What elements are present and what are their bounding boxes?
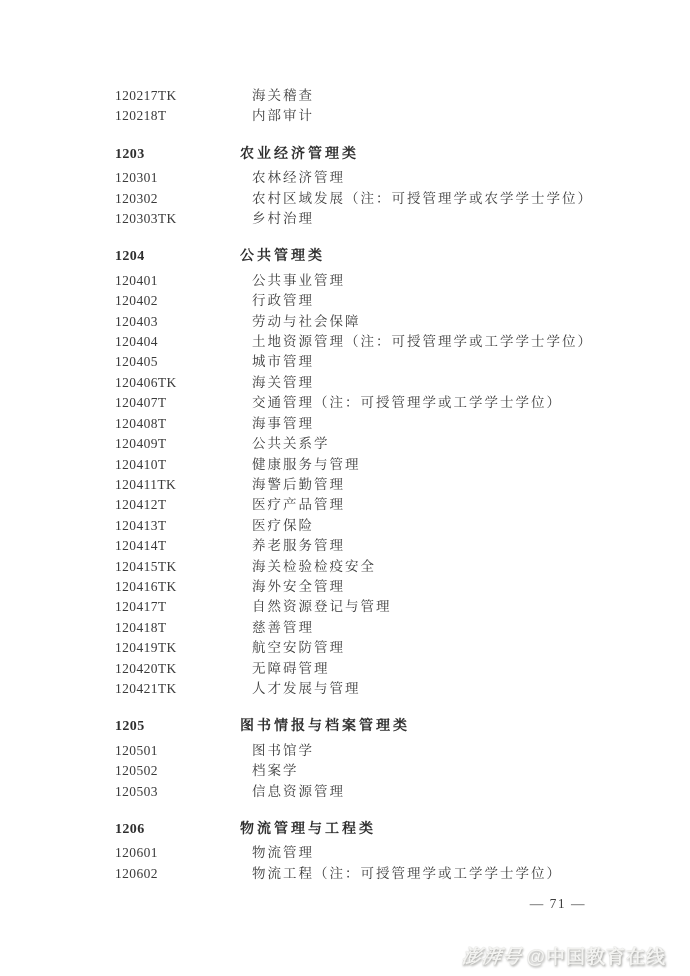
major-row: 120218T内部审计 bbox=[115, 106, 675, 126]
section-code: 1204 bbox=[115, 247, 240, 267]
major-name: 内部审计 bbox=[240, 106, 314, 126]
major-row: 120401公共事业管理 bbox=[115, 271, 675, 291]
major-row: 120412T医疗产品管理 bbox=[115, 495, 675, 515]
major-row: 120501图书馆学 bbox=[115, 741, 675, 761]
major-code: 120501 bbox=[115, 741, 240, 761]
major-row: 120407T交通管理（注：可授管理学或工学学士学位） bbox=[115, 393, 675, 413]
major-name: 农林经济管理 bbox=[240, 168, 345, 188]
major-row: 120419TK航空安防管理 bbox=[115, 638, 675, 658]
major-name: 医疗产品管理 bbox=[240, 495, 345, 515]
major-row: 120601物流管理 bbox=[115, 843, 675, 863]
major-row: 120217TK海关稽查 bbox=[115, 86, 675, 106]
major-row: 120415TK海关检验检疫安全 bbox=[115, 557, 675, 577]
major-code: 120406TK bbox=[115, 373, 240, 393]
section-header-row: 1203农业经济管理类 bbox=[115, 145, 675, 165]
section-code: 1205 bbox=[115, 717, 240, 737]
major-code: 120601 bbox=[115, 843, 240, 863]
major-name: 图书馆学 bbox=[240, 741, 314, 761]
document-page: 120217TK海关稽查120218T内部审计1203农业经济管理类120301… bbox=[0, 0, 690, 976]
major-code: 120405 bbox=[115, 352, 240, 372]
major-code: 120218T bbox=[115, 106, 240, 126]
major-code: 120409T bbox=[115, 434, 240, 454]
major-row: 120421TK人才发展与管理 bbox=[115, 679, 675, 699]
major-name: 公共关系学 bbox=[240, 434, 330, 454]
major-code: 120401 bbox=[115, 271, 240, 291]
page-number: — 71 — bbox=[530, 896, 586, 912]
major-code: 120410T bbox=[115, 455, 240, 475]
major-code: 120503 bbox=[115, 782, 240, 802]
major-name: 慈善管理 bbox=[240, 618, 314, 638]
major-code: 120217TK bbox=[115, 86, 240, 106]
major-row: 120410T健康服务与管理 bbox=[115, 455, 675, 475]
major-code: 120407T bbox=[115, 393, 240, 413]
major-code: 120412T bbox=[115, 495, 240, 515]
watermark-handle: @中国教育在线 bbox=[526, 947, 666, 968]
major-code: 120411TK bbox=[115, 475, 240, 495]
major-code: 120417T bbox=[115, 597, 240, 617]
major-code: 120421TK bbox=[115, 679, 240, 699]
major-code: 120415TK bbox=[115, 557, 240, 577]
major-name: 海关检验检疫安全 bbox=[240, 557, 376, 577]
major-code: 120416TK bbox=[115, 577, 240, 597]
major-row: 120411TK海警后勤管理 bbox=[115, 475, 675, 495]
major-name: 乡村治理 bbox=[240, 209, 314, 229]
major-name: 海警后勤管理 bbox=[240, 475, 345, 495]
major-row: 120602物流工程（注：可授管理学或工学学士学位） bbox=[115, 864, 675, 884]
major-name: 劳动与社会保障 bbox=[240, 312, 361, 332]
major-name: 医疗保险 bbox=[240, 516, 314, 536]
major-name: 交通管理（注：可授管理学或工学学士学位） bbox=[240, 393, 562, 413]
major-row: 120409T公共关系学 bbox=[115, 434, 675, 454]
major-name: 城市管理 bbox=[240, 352, 314, 372]
major-row: 120301农林经济管理 bbox=[115, 168, 675, 188]
major-row: 120405城市管理 bbox=[115, 352, 675, 372]
major-name: 海关稽查 bbox=[240, 86, 314, 106]
major-name: 海事管理 bbox=[240, 414, 314, 434]
major-row: 120302农村区域发展（注：可授管理学或农学学士学位） bbox=[115, 189, 675, 209]
major-row: 120417T自然资源登记与管理 bbox=[115, 597, 675, 617]
major-name: 无障碍管理 bbox=[240, 659, 330, 679]
major-row: 120502档案学 bbox=[115, 761, 675, 781]
catalog-section: 120217TK海关稽查120218T内部审计 bbox=[115, 86, 675, 127]
major-name: 档案学 bbox=[240, 761, 299, 781]
major-name: 健康服务与管理 bbox=[240, 455, 361, 475]
section-title: 农业经济管理类 bbox=[240, 145, 359, 165]
section-title: 图书情报与档案管理类 bbox=[240, 717, 410, 737]
section-code: 1203 bbox=[115, 145, 240, 165]
major-row: 120413T医疗保险 bbox=[115, 516, 675, 536]
major-code: 120419TK bbox=[115, 638, 240, 658]
watermark: 澎湃号@中国教育在线 bbox=[462, 942, 666, 969]
major-row: 120406TK海关管理 bbox=[115, 373, 675, 393]
major-row: 120303TK乡村治理 bbox=[115, 209, 675, 229]
major-name: 航空安防管理 bbox=[240, 638, 345, 658]
catalog-section: 1205图书情报与档案管理类120501图书馆学120502档案学120503信… bbox=[115, 717, 675, 802]
major-row: 120403劳动与社会保障 bbox=[115, 312, 675, 332]
section-code: 1206 bbox=[115, 820, 240, 840]
major-name: 土地资源管理（注：可授管理学或工学学士学位） bbox=[240, 332, 593, 352]
major-name: 公共事业管理 bbox=[240, 271, 345, 291]
major-row: 120404土地资源管理（注：可授管理学或工学学士学位） bbox=[115, 332, 675, 352]
major-name: 养老服务管理 bbox=[240, 536, 345, 556]
catalog-section: 1204公共管理类120401公共事业管理120402行政管理120403劳动与… bbox=[115, 247, 675, 699]
major-row: 120414T养老服务管理 bbox=[115, 536, 675, 556]
major-code: 120420TK bbox=[115, 659, 240, 679]
major-code: 120418T bbox=[115, 618, 240, 638]
catalog: 120217TK海关稽查120218T内部审计1203农业经济管理类120301… bbox=[115, 86, 675, 884]
major-name: 行政管理 bbox=[240, 291, 314, 311]
major-name: 物流工程（注：可授管理学或工学学士学位） bbox=[240, 864, 562, 884]
major-code: 120502 bbox=[115, 761, 240, 781]
catalog-section: 1203农业经济管理类120301农林经济管理120302农村区域发展（注：可授… bbox=[115, 145, 675, 230]
major-code: 120403 bbox=[115, 312, 240, 332]
major-name: 人才发展与管理 bbox=[240, 679, 361, 699]
major-name: 海外安全管理 bbox=[240, 577, 345, 597]
major-name: 物流管理 bbox=[240, 843, 314, 863]
catalog-section: 1206物流管理与工程类120601物流管理120602物流工程（注：可授管理学… bbox=[115, 820, 675, 884]
section-header-row: 1205图书情报与档案管理类 bbox=[115, 717, 675, 737]
major-code: 120302 bbox=[115, 189, 240, 209]
section-title: 物流管理与工程类 bbox=[240, 820, 376, 840]
major-row: 120408T海事管理 bbox=[115, 414, 675, 434]
major-row: 120402行政管理 bbox=[115, 291, 675, 311]
watermark-badge: 澎湃号 bbox=[461, 942, 525, 969]
major-code: 120301 bbox=[115, 168, 240, 188]
major-code: 120414T bbox=[115, 536, 240, 556]
major-code: 120303TK bbox=[115, 209, 240, 229]
major-code: 120404 bbox=[115, 332, 240, 352]
section-header-row: 1204公共管理类 bbox=[115, 247, 675, 267]
major-name: 农村区域发展（注：可授管理学或农学学士学位） bbox=[240, 189, 593, 209]
major-row: 120503信息资源管理 bbox=[115, 782, 675, 802]
major-code: 120408T bbox=[115, 414, 240, 434]
major-row: 120416TK海外安全管理 bbox=[115, 577, 675, 597]
major-row: 120418T慈善管理 bbox=[115, 618, 675, 638]
major-name: 自然资源登记与管理 bbox=[240, 597, 392, 617]
major-code: 120413T bbox=[115, 516, 240, 536]
major-name: 海关管理 bbox=[240, 373, 314, 393]
major-row: 120420TK无障碍管理 bbox=[115, 659, 675, 679]
section-header-row: 1206物流管理与工程类 bbox=[115, 820, 675, 840]
major-code: 120402 bbox=[115, 291, 240, 311]
major-code: 120602 bbox=[115, 864, 240, 884]
section-title: 公共管理类 bbox=[240, 247, 325, 267]
major-name: 信息资源管理 bbox=[240, 782, 345, 802]
